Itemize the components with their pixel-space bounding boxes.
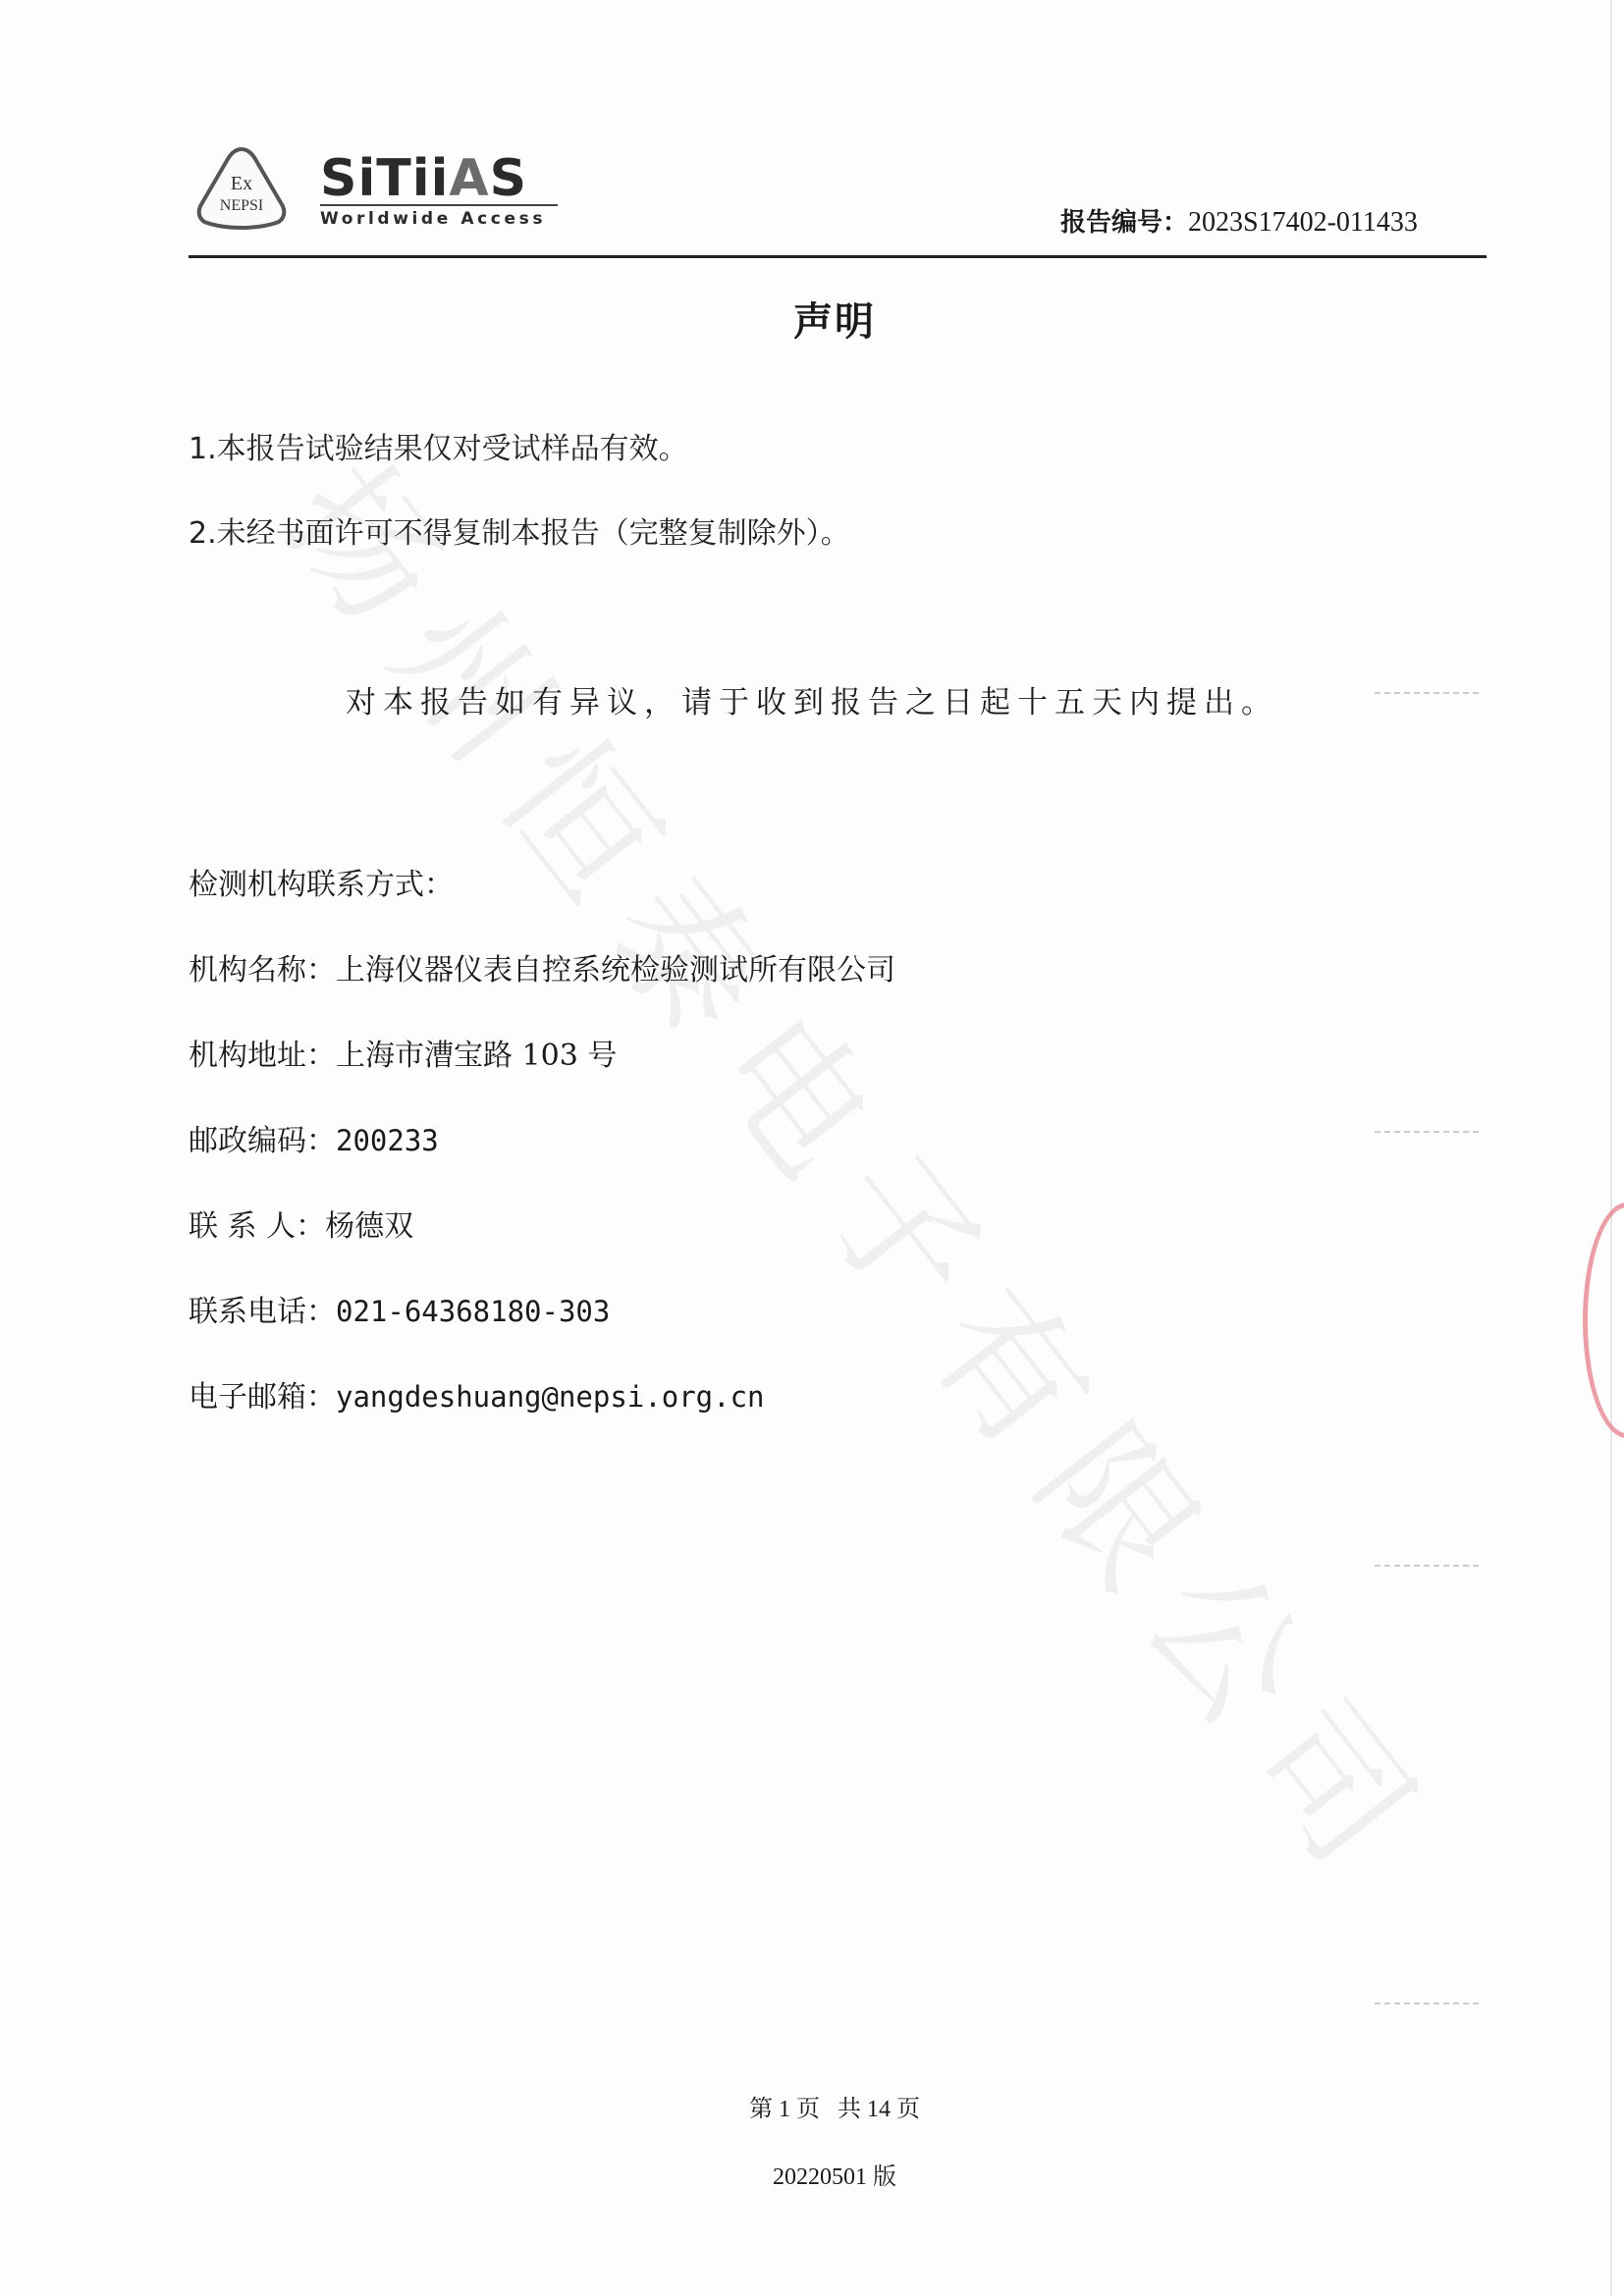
scan-mark [1375, 2002, 1483, 2004]
header-divider [189, 255, 1487, 258]
svg-text:NEPSI: NEPSI [220, 197, 263, 214]
contact-row-email: 电子邮箱：yangdeshuang@nepsi.org.cn [189, 1372, 895, 1458]
objection-notice: 对本报告如有异议，请于收到报告之日起十五天内提出。 [346, 677, 1278, 721]
scan-mark [1375, 1565, 1483, 1567]
edition-label: 20220501 版 [0, 2157, 1624, 2191]
contact-value: 杨德双 [325, 1209, 413, 1244]
contact-value: 上海仪器仪表自控系统检验测试所有限公司 [336, 953, 895, 988]
contact-email-link[interactable]: yangdeshuang@nepsi.org.cn [336, 1380, 765, 1414]
page-number: 第 1 页 共 14 页 [0, 2089, 1624, 2123]
scan-mark [1375, 692, 1483, 694]
contact-section: 检测机构联系方式： 机构名称：上海仪器仪表自控系统检验测试所有限公司 机构地址：… [189, 860, 895, 1458]
report-number-label: 报告编号： [1060, 208, 1188, 238]
contact-value: 021-64368180-303 [336, 1295, 610, 1328]
contact-row-org-name: 机构名称：上海仪器仪表自控系统检验测试所有限公司 [189, 945, 895, 1031]
contact-value: 200233 [336, 1124, 439, 1157]
contact-label: 机构地址： [189, 1039, 336, 1073]
contact-label: 机构名称： [189, 953, 336, 988]
contact-label: 联系电话： [189, 1295, 336, 1329]
contact-row-phone: 联系电话：021-64368180-303 [189, 1287, 895, 1372]
statement-2: 2.未经书面许可不得复制本报告（完整复制除外）。 [189, 508, 850, 552]
brand-wordmark: SiTiiAS [320, 155, 562, 202]
statement-1: 1.本报告试验结果仅对受试样品有效。 [189, 424, 688, 467]
report-number: 报告编号：2023S17402-011433 [1060, 202, 1418, 239]
contact-row-address: 机构地址：上海市漕宝路 103 号 [189, 1031, 895, 1116]
sitiias-brand-logo: SiTiiAS Worldwide Access [320, 155, 562, 229]
contact-row-postcode: 邮政编码：200233 [189, 1116, 895, 1201]
contact-label: 联 系 人： [189, 1209, 325, 1244]
contact-label: 邮政编码： [189, 1124, 336, 1158]
contact-row-person: 联 系 人：杨德双 [189, 1201, 895, 1287]
scan-mark [1375, 1131, 1483, 1133]
nepsi-ex-badge-icon: Ex NEPSI [194, 145, 289, 230]
contact-value: 上海市漕宝路 103 号 [336, 1039, 617, 1073]
svg-text:Ex: Ex [231, 173, 252, 194]
contact-heading: 检测机构联系方式： [189, 860, 895, 945]
report-number-value: 2023S17402-011433 [1188, 207, 1418, 238]
brand-tagline: Worldwide Access [320, 209, 562, 229]
page-title: 声明 [0, 291, 1624, 347]
contact-label: 电子邮箱： [189, 1380, 336, 1415]
